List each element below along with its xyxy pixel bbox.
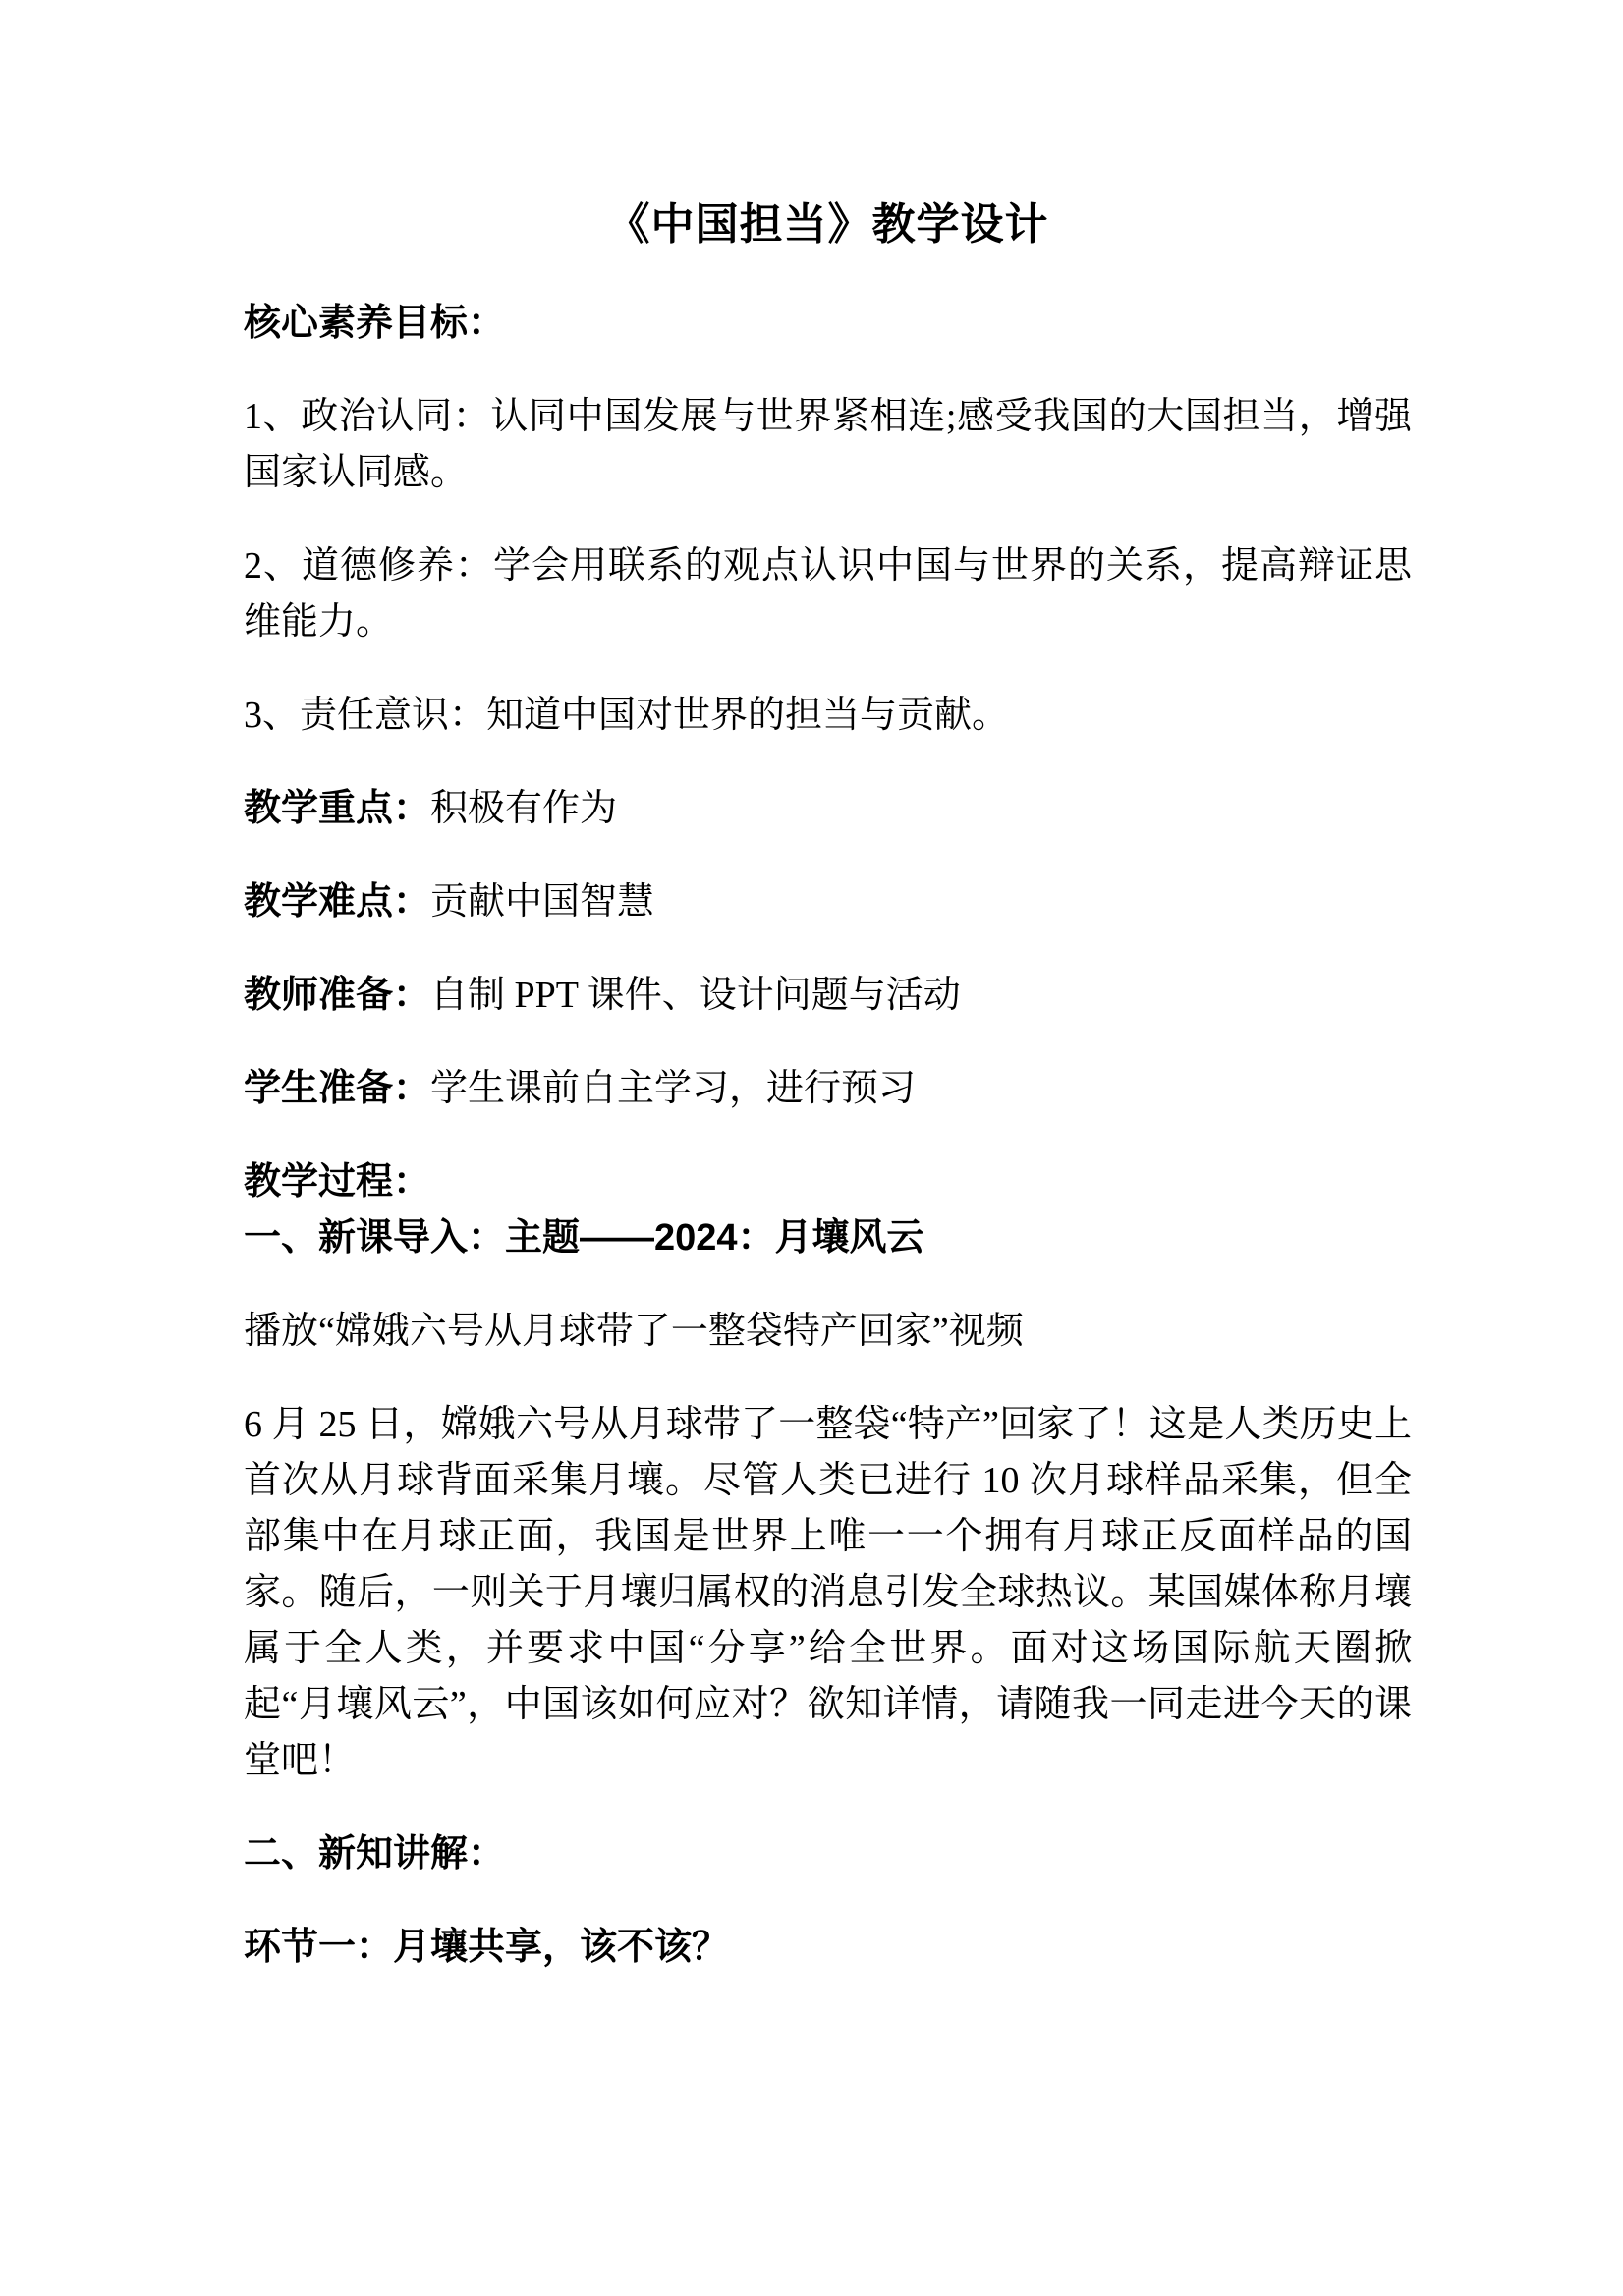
- goal-moral-cultivation: 2、道德修养：学会用联系的观点认识中国与世界的关系，提高辩证思维能力。: [244, 538, 1412, 650]
- new-knowledge-heading: 二、新知讲解：: [244, 1826, 1412, 1882]
- lead-in-paragraph: 6 月 25 日，嫦娥六号从月球带了一整袋“特产”回家了！这是人类历史上首次从月…: [244, 1397, 1412, 1789]
- teaching-difficulty-row: 教学难点：贡献中国智慧: [244, 874, 1412, 930]
- video-play-line: 播放“嫦娥六号从月球带了一整袋特产回家”视频: [244, 1304, 1412, 1360]
- document-content: 《中国担当》教学设计 核心素养目标： 1、政治认同：认同中国发展与世界紧相连;感…: [0, 0, 1623, 1976]
- document-title: 《中国担当》教学设计: [244, 199, 1412, 251]
- teaching-process-heading: 教学过程：: [244, 1154, 1412, 1210]
- teacher-preparation-label: 教师准备：: [244, 975, 430, 1016]
- lead-in-heading: 一、新课导入：主题——2024：月壤风云: [244, 1210, 1412, 1266]
- core-literacy-goals-heading: 核心素养目标：: [244, 296, 1412, 352]
- teaching-focus-value: 积极有作为: [430, 788, 617, 829]
- student-preparation-label: 学生准备：: [244, 1068, 430, 1109]
- student-preparation-row: 学生准备：学生课前自主学习，进行预习: [244, 1061, 1412, 1117]
- teaching-difficulty-label: 教学难点：: [244, 881, 430, 923]
- teaching-process-block: 教学过程： 一、新课导入：主题——2024：月壤风云: [244, 1154, 1412, 1266]
- student-preparation-value: 学生课前自主学习，进行预习: [430, 1068, 916, 1109]
- teaching-focus-row: 教学重点：积极有作为: [244, 781, 1412, 837]
- document-page: 《中国担当》教学设计 核心素养目标： 1、政治认同：认同中国发展与世界紧相连;感…: [0, 0, 1623, 2296]
- teacher-preparation-row: 教师准备：自制 PPT 课件、设计问题与活动: [244, 968, 1412, 1024]
- teaching-difficulty-value: 贡献中国智慧: [430, 881, 654, 923]
- goal-responsibility-awareness: 3、责任意识：知道中国对世界的担当与贡献。: [244, 688, 1412, 744]
- teacher-preparation-value: 自制 PPT 课件、设计问题与活动: [430, 975, 961, 1016]
- goal-political-identity: 1、政治认同：认同中国发展与世界紧相连;感受我国的大国担当，增强国家认同感。: [244, 389, 1412, 501]
- activity-one-heading: 环节一：月壤共享，该不该？: [244, 1920, 1412, 1976]
- teaching-focus-label: 教学重点：: [244, 788, 430, 829]
